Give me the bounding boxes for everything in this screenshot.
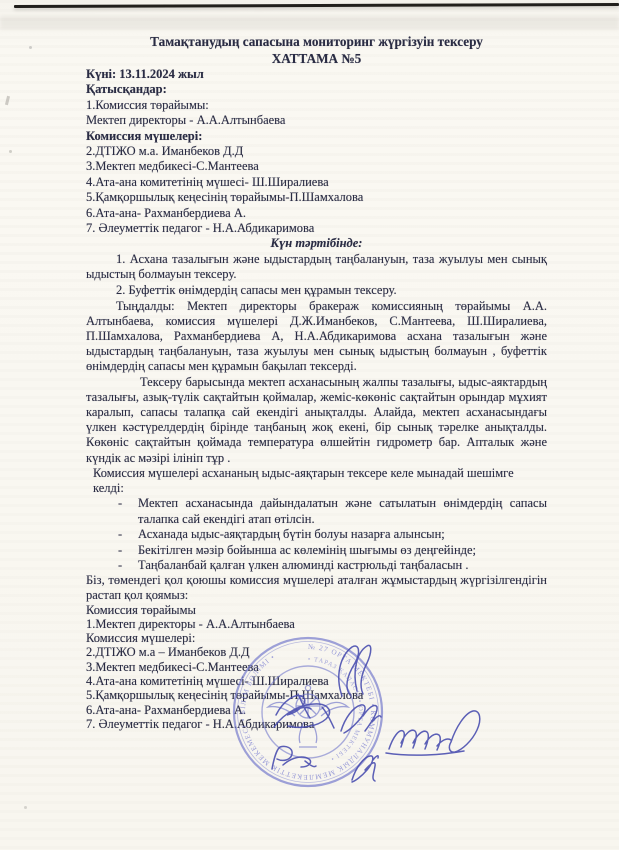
decision-text: Асханада ыдыс-аяқтардың бүтін болуы наза… bbox=[138, 527, 547, 542]
decision-intro: Комиссия мүшелері асхананың ыдыс-аяқтары… bbox=[86, 466, 547, 496]
dash-marker: - bbox=[118, 496, 138, 527]
decision-item: - Асханада ыдыс-аяқтардың бүтін болуы на… bbox=[86, 527, 547, 542]
signature-line: 3.Мектеп медбикесі-С.Мантеева bbox=[86, 660, 547, 674]
closing-paragraph: Біз, төмендегі қол қоюшы комиссия мүшеле… bbox=[86, 573, 547, 602]
chair-role-line: 1.Комиссия төрайымы: bbox=[86, 98, 547, 113]
paragraph-inspection: Тексеру барысында мектеп асханасының жал… bbox=[86, 375, 547, 466]
dash-marker: - bbox=[118, 558, 138, 573]
signature-chair-label: Комиссия төрайымы bbox=[86, 603, 547, 617]
decision-text: Мектеп асханасында дайындалатын және сат… bbox=[138, 496, 547, 527]
dash-marker: - bbox=[118, 527, 138, 542]
members-label: Комиссия мүшелері: bbox=[86, 129, 547, 144]
protocol-number: ХАТТАМА №5 bbox=[86, 50, 547, 67]
document-title: Тамақтанудың сапасына мониторинг жүргізу… bbox=[86, 33, 547, 50]
member-line: 4.Ата-ана комитетінің мүшесі- Ш.Ширалиев… bbox=[86, 175, 547, 190]
paragraph-heard: Тыңдалды: Мектеп директоры бракераж коми… bbox=[86, 299, 547, 375]
decision-item: - Таңбаланбай қалған үлкен алюминді каст… bbox=[86, 558, 547, 573]
scan-speck bbox=[24, 806, 27, 809]
signature-members-label: Комиссия мүшелері: bbox=[86, 631, 547, 645]
scanned-document-page: Тамақтанудың сапасына мониторинг жүргізу… bbox=[0, 0, 619, 850]
decision-item: - Мектеп асханасында дайындалатын және с… bbox=[86, 496, 547, 527]
agenda-item: 1. Асхана тазалығын және ыдыстардың таңб… bbox=[86, 252, 547, 283]
signature-shamkhalova bbox=[389, 730, 451, 750]
chair-name-line: Мектеп директоры - А.А.Алтынбаева bbox=[86, 113, 547, 128]
member-line: 6.Ата-ана- Рахманбердиева А. bbox=[86, 206, 547, 221]
signature-line: 5.Қамқоршылық кеңесінің төрайымы-П.Шамха… bbox=[86, 688, 547, 702]
member-line: 3.Мектеп медбикесі-С.Мантеева bbox=[86, 159, 547, 174]
signature-line: 7. Әлеуметтік педагог - Н.А.Абдикаримова bbox=[86, 717, 547, 731]
decision-text: Таңбаланбай қалған үлкен алюминді кастрю… bbox=[138, 558, 547, 573]
dash-marker: - bbox=[118, 543, 138, 558]
member-line: 2.ДТІЖО м.а. Иманбеков Д.Д bbox=[86, 144, 547, 159]
agenda-item: 2. Буфеттік өнімдердің сапасы мен құрамы… bbox=[86, 283, 547, 299]
date-line: Күні: 13.11.2024 жыл bbox=[86, 67, 547, 82]
decision-text: Бекітілген мәзір бойынша ас көлемінің шы… bbox=[138, 543, 547, 558]
participants-label: Қатысқандар: bbox=[86, 82, 547, 97]
agenda-heading: Күн тәртібінде: bbox=[86, 236, 547, 251]
signature-line: 6.Ата-ана- Рахманбердиева А. bbox=[86, 703, 547, 717]
signature-line: 2.ДТІЖО м.а – Иманбеков Д.Д bbox=[86, 645, 547, 659]
signature-abdikarimova bbox=[352, 756, 378, 782]
member-line: 5.Қамқоршылық кеңесінің төрайымы-П.Шамха… bbox=[86, 190, 547, 205]
decision-item: - Бекітілген мәзір бойынша ас көлемінің … bbox=[86, 543, 547, 558]
member-line: 7. Әлеуметтік педагог - Н.А.Абдикаримова bbox=[86, 221, 547, 236]
signature-line: 4.Ата-ана комитетінің мүшесі- Ш.Ширалиев… bbox=[86, 674, 547, 688]
document-body: Тамақтанудың сапасына мониторинг жүргізу… bbox=[0, 0, 619, 731]
signature-line: 1.Мектеп директоры - А.А.Алтынбаева bbox=[86, 617, 547, 631]
signature-block: Комиссия төрайымы 1.Мектеп директоры - А… bbox=[86, 603, 547, 732]
signature-rakhmanberdieva bbox=[272, 746, 316, 769]
